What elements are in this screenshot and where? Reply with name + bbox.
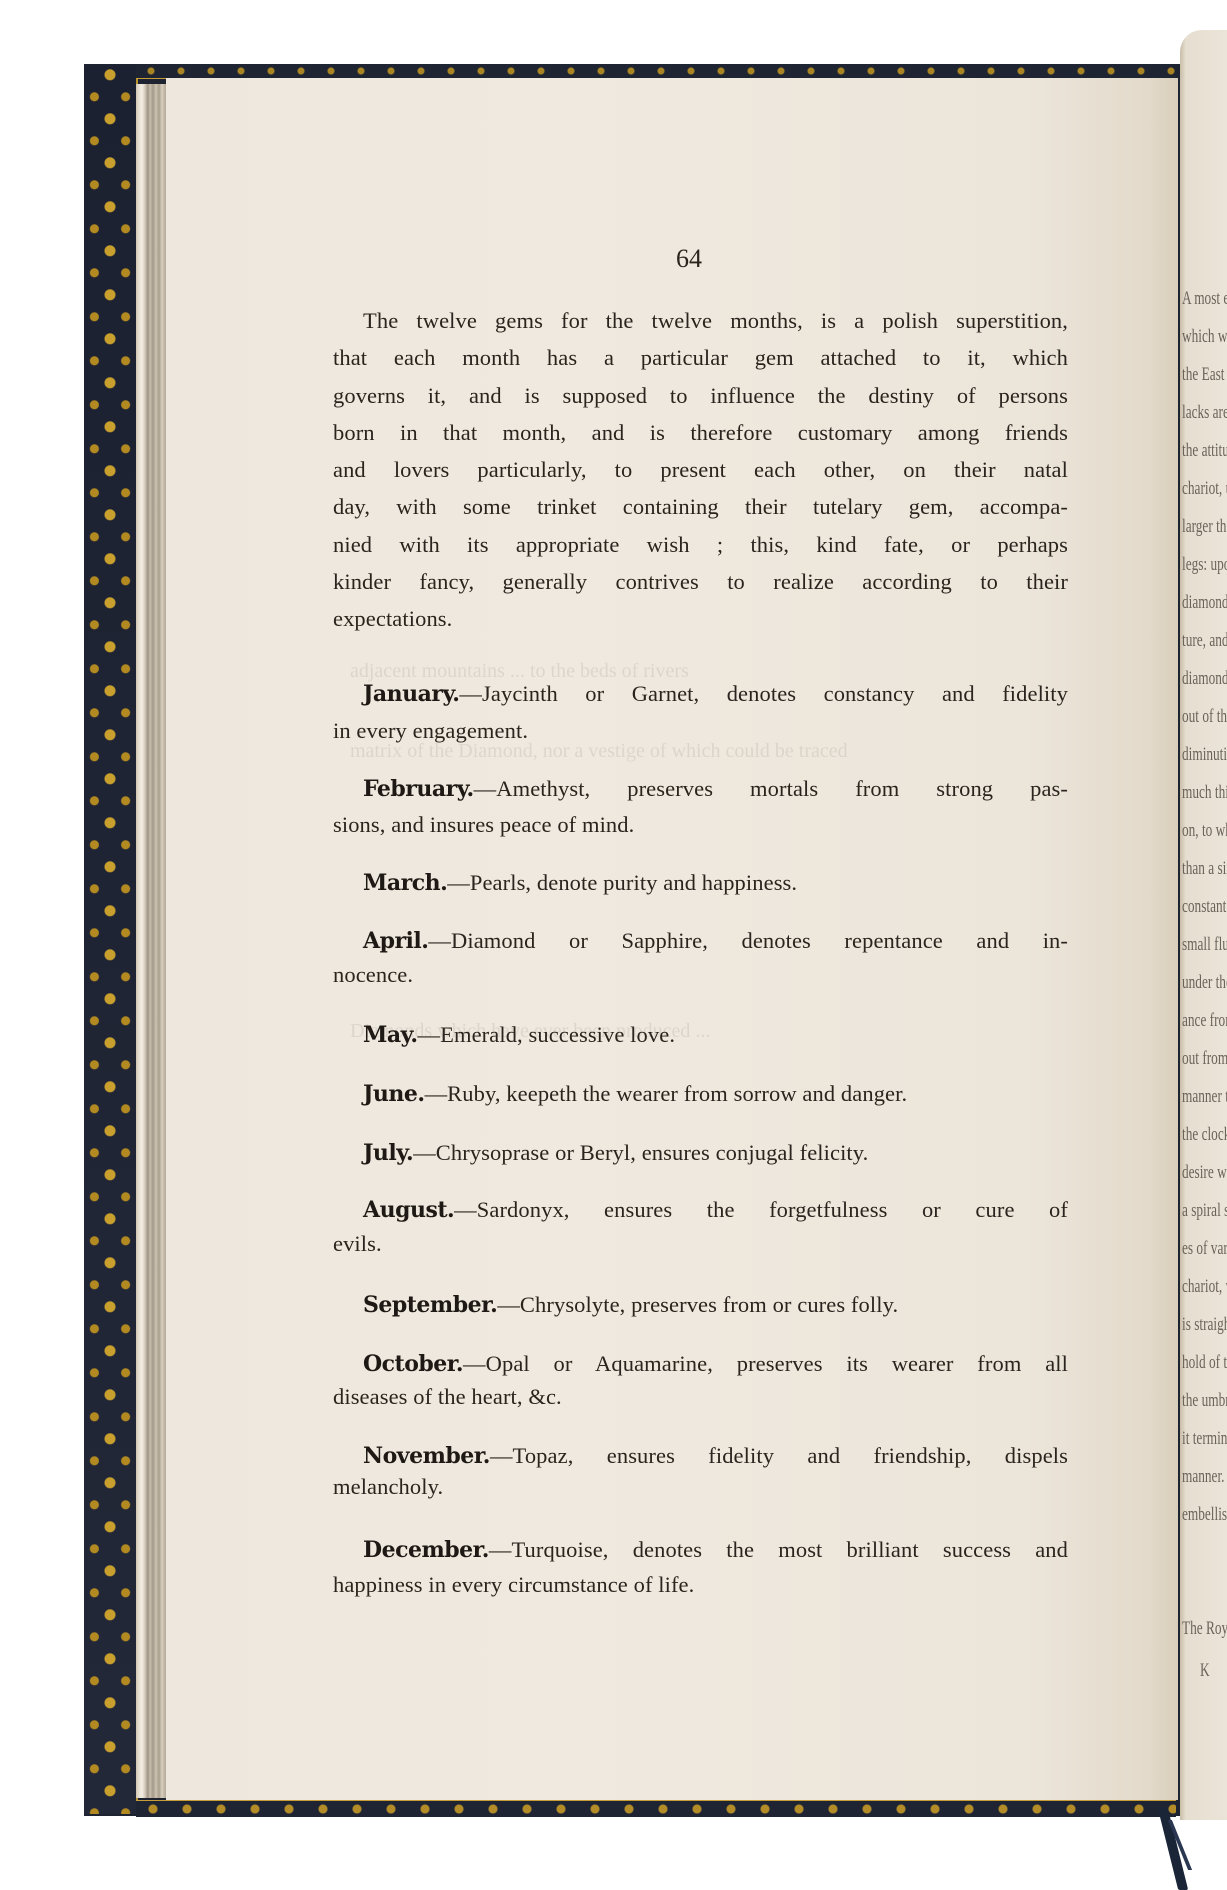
- paragraph-line: kinder fancy, generally contrives to rea…: [333, 569, 1068, 595]
- right-page-line: which were m: [1182, 326, 1227, 348]
- paragraph-line: and lovers particularly, to present each…: [333, 457, 1068, 483]
- right-page-line: diminutive :: [1182, 744, 1227, 766]
- page-number: 64: [676, 244, 702, 274]
- month-name: November.: [363, 1443, 490, 1469]
- month-name: January.: [363, 681, 459, 707]
- paragraph-line: that each month has a particular gem att…: [333, 345, 1068, 371]
- month-name: October.: [363, 1351, 463, 1377]
- month-description-continued: in every engagement.: [333, 718, 1068, 744]
- right-page-line: is straight,: [1182, 1314, 1227, 1336]
- month-description: —Chrysolyte, preserves from or cures fol…: [497, 1292, 898, 1317]
- right-page-line: a spiral spr: [1182, 1200, 1227, 1222]
- right-page-line: embellished: [1182, 1504, 1227, 1526]
- right-page-line: the attitude, a: [1182, 440, 1227, 462]
- paragraph-line: day, with some trinket containing their …: [333, 494, 1068, 520]
- right-page-line: the East Ind: [1182, 364, 1227, 386]
- paragraph-line: nied with its appropriate wish ; this, k…: [333, 532, 1068, 558]
- month-name: March.: [363, 870, 447, 896]
- right-page-line: small fluted: [1182, 934, 1227, 956]
- right-page-line: lacks are in: [1182, 402, 1227, 424]
- paragraph-line: governs it, and is supposed to influence…: [333, 383, 1068, 409]
- month-description: —Ruby, keepeth the wearer from sorrow an…: [425, 1081, 908, 1106]
- month-name: September.: [363, 1292, 497, 1318]
- gilt-border-bottom: [136, 1800, 1176, 1817]
- month-description: —Opal or Aquamarine, preserves its weare…: [463, 1351, 1068, 1376]
- month-description: —Jaycinth or Garnet, denotes constancy a…: [459, 681, 1068, 706]
- month-description: —Diamond or Sapphire, denotes repentance…: [428, 928, 1068, 953]
- month-description: —Pearls, denote purity and happiness.: [447, 870, 797, 895]
- right-page-line: ture, and it ac: [1182, 630, 1227, 652]
- right-page-line: chariot, which: [1182, 1276, 1227, 1298]
- month-description-continued: sions, and insures peace of mind.: [333, 812, 1068, 838]
- right-page-line: hold of the ch: [1182, 1352, 1227, 1374]
- right-page-line: legs: upon h: [1182, 554, 1227, 576]
- paragraph-line: expectations.: [333, 606, 1068, 632]
- right-page-line: desire which,: [1182, 1162, 1227, 1184]
- month-description: —Sardonyx, ensures the forgetfulness or …: [454, 1197, 1068, 1222]
- month-description-continued: nocence.: [333, 962, 1068, 988]
- month-name: May.: [363, 1022, 418, 1048]
- month-name: April.: [363, 928, 428, 954]
- gilt-border-top: [136, 64, 1176, 79]
- show-through-text: adjacent mountains ... to the beds of ri…: [350, 660, 689, 683]
- page-edges: [136, 84, 166, 1798]
- right-page-line: chariot, under: [1182, 478, 1227, 500]
- right-page-line: it terminates: [1182, 1428, 1227, 1450]
- right-page-line: ance from th: [1182, 1010, 1227, 1032]
- right-page: A most ex which were m the East Ind lack…: [1180, 30, 1227, 1820]
- month-description-continued: melancholy.: [333, 1474, 1068, 1500]
- month-description: —Emerald, successive love.: [418, 1022, 676, 1047]
- right-page-line: the clock b: [1182, 1124, 1227, 1146]
- right-page-line: much thicker: [1182, 782, 1227, 804]
- right-page-line: constant re: [1182, 896, 1227, 918]
- month-description: —Amethyst, preserves mortals from strong…: [474, 776, 1068, 801]
- right-page-line: under the larg: [1182, 972, 1227, 994]
- month-description-continued: evils.: [333, 1231, 1068, 1257]
- gilt-border-left: [84, 66, 138, 1814]
- month-name: July.: [363, 1140, 413, 1166]
- right-page-line: es of vario: [1182, 1238, 1227, 1260]
- right-page-line: manner. T: [1182, 1466, 1227, 1488]
- right-page-line: out of the wh: [1182, 706, 1227, 728]
- month-description-continued: happiness in every circumstance of life.: [333, 1572, 1068, 1598]
- right-page-line: manner that: [1182, 1086, 1227, 1108]
- right-page-line: larger than a: [1182, 516, 1227, 538]
- right-page-line: diamond bu: [1182, 668, 1227, 690]
- month-name: August.: [363, 1197, 454, 1223]
- right-page-line: A most ex: [1182, 288, 1227, 310]
- paragraph-line: born in that month, and is therefore cus…: [333, 420, 1068, 446]
- right-page-signature-mark: K: [1200, 1660, 1210, 1682]
- paragraph-line: The twelve gems for the twelve months, i…: [363, 308, 1068, 334]
- right-page-line: on, to which: [1182, 820, 1227, 842]
- month-description: —Topaz, ensures fidelity and friendship,…: [490, 1443, 1068, 1468]
- month-name: December.: [363, 1537, 489, 1563]
- month-description: —Chrysoprase or Beryl, ensures conjugal …: [413, 1140, 868, 1165]
- right-page-line: the umbrella.: [1182, 1390, 1227, 1412]
- right-page-running-title: The Roya: [1182, 1618, 1227, 1640]
- month-name: June.: [363, 1081, 425, 1107]
- right-page-line: diamonds and: [1182, 592, 1227, 614]
- month-description-continued: diseases of the heart, &c.: [333, 1384, 1068, 1410]
- right-page-line: than a sixpen: [1182, 858, 1227, 880]
- right-page-line: out from whi: [1182, 1048, 1227, 1070]
- month-name: February.: [363, 776, 474, 802]
- month-description: —Turquoise, denotes the most brilliant s…: [489, 1537, 1068, 1562]
